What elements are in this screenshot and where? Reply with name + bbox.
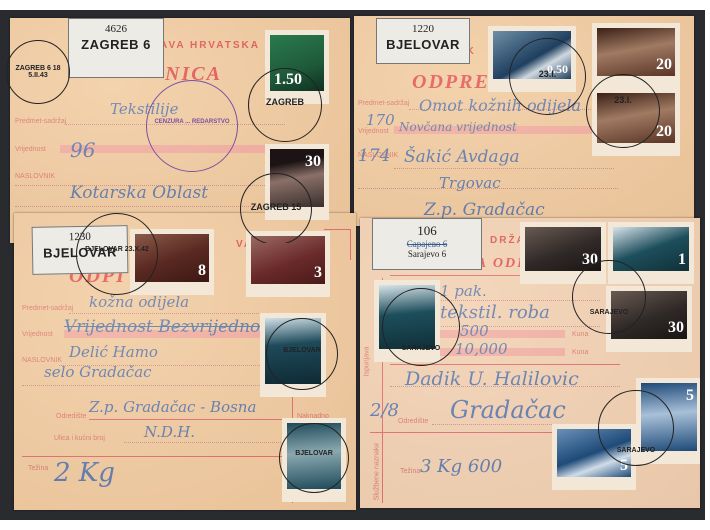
postage-stamp: 20 [592,88,680,156]
form-line [65,124,285,125]
field-label: Ulica i kućni broj [54,435,105,442]
handwriting: 3 Kg 600 [420,456,502,477]
postage-stamp: 5 [552,424,636,490]
field-label: Predmet-sadržaj [358,100,409,107]
handwriting: Kotarska Oblast [70,183,208,203]
form-line [390,275,520,276]
field-label: Kuna [572,349,588,356]
handwriting: 1 pak. [440,282,487,300]
handwriting: Vrijednost Bezvrijedno [64,317,260,337]
handwriting: 174 [358,146,390,166]
field-label: Vrijednost [358,128,389,135]
form-line [89,419,289,420]
field-label: Odredište [56,413,86,420]
field-label: NASLOVNIK [15,173,55,180]
handwriting: Delić Hamo [69,343,158,361]
postage-stamp: 0.50 [488,26,576,92]
side-label: Službene naznake [373,443,380,501]
form-line [69,313,289,314]
registration-label: 1220 BJELOVAR [376,18,470,64]
postage-stamp: 5 [636,378,700,464]
handwriting: Trgovac [439,174,501,192]
form-line [124,442,289,443]
side-label: Ispunjava [363,347,370,377]
field-label: Vrijednost [15,146,46,153]
handwriting: selo Gradačac [44,363,152,381]
postage-stamp: 30 [265,144,329,220]
postage-stamp: 1 [608,222,694,284]
parcel-card-zagreb: AVA HRVATSKA NICA Predmet-sadržaj Vrijed… [10,18,350,243]
handwriting: Gradačac [450,396,566,424]
field-label: Težina [400,468,420,475]
field-label: Predmet-sadržaj [15,118,66,125]
registration-label: 106 Сарајево 6 Sarajevo 6 [372,218,482,270]
postage-stamp: 20 [592,23,680,89]
postage-stamp: 1.50 [265,30,329,104]
postage-stamp [282,418,346,502]
handwriting: 500 [460,322,489,340]
postage-stamp: 3 [246,231,330,297]
postage-stamp: 8 [130,229,214,295]
field-label: Vrijednost [22,331,53,338]
handwriting: tekstil. roba [440,302,550,323]
form-line [15,206,265,207]
handwriting: Šakić Avdaga [404,147,520,167]
handwriting: kožna odijela [89,293,189,311]
handwriting: N.D.H. [144,423,195,441]
field-label: Težina [28,465,48,472]
card-title: ODPRE [412,71,490,94]
handwriting: 10,000 [455,340,508,358]
registration-label: 1230 BJELOVAR [32,225,129,275]
handwriting: 2/8 [370,400,399,421]
card-header: AVA HRVATSKA [160,40,260,51]
censor-cachet: CENZURA ... REDARSTVO [146,80,238,172]
postage-stamp [374,280,440,362]
field-label: Kuna [572,331,588,338]
postage-stamp: 30 [520,222,606,284]
handwriting: 96 [70,138,95,162]
form-line [394,168,614,169]
handwriting: Dadik U. Halilovic [405,368,579,390]
form-line [390,364,620,365]
handwriting: Tekstilije [110,100,178,118]
postage-stamp [260,313,326,397]
form-line [22,456,287,457]
registration-label: 4626 ZAGREB 6 [68,18,164,78]
handwriting: Z.p. Gradačac [424,200,545,220]
handwriting: Omot kožnih odijela [419,96,581,115]
field-label: Predmet-sadržaj [22,305,73,312]
field-label: Odredište [398,418,428,425]
handwriting: 170 [366,111,395,129]
postage-stamp: 30 [606,286,692,352]
handwriting: Z.p. Gradačac - Bosna [89,398,256,416]
handwriting: 2 Kg [54,458,115,488]
form-line [22,385,284,386]
handwriting: Novčana vrijednost [399,120,517,134]
card-title: NICA [165,63,222,86]
